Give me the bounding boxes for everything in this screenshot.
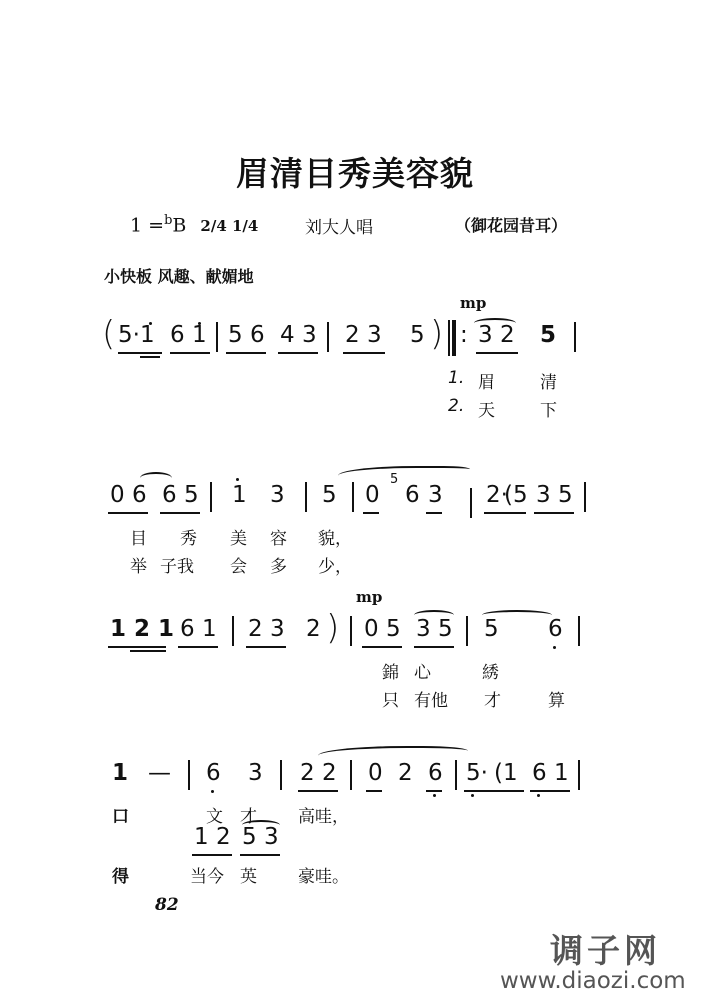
page-number: 82 — [155, 895, 179, 915]
lyric: 多 — [270, 552, 287, 577]
barline — [578, 616, 580, 646]
key-note: B — [172, 214, 186, 236]
barline — [350, 616, 352, 646]
dash: — — [148, 760, 171, 786]
barline — [352, 482, 354, 512]
lyric: 算 — [548, 686, 565, 711]
lyric: 下 — [540, 396, 557, 421]
note: 6 5 — [162, 482, 199, 508]
note: 5· — [466, 760, 488, 786]
tempo-marking: 小快板 风趣、献媚地 — [104, 264, 254, 287]
note: 3 — [270, 482, 285, 508]
barline — [578, 760, 580, 790]
note: 5 — [484, 616, 499, 642]
barline — [280, 760, 282, 790]
lyric: 容 — [270, 524, 287, 549]
lyric: 綉 — [482, 658, 499, 683]
note: 0 6 — [110, 482, 147, 508]
dynamic-mp: mp — [356, 588, 382, 606]
note: 2 — [306, 616, 321, 642]
note: 3 5 — [536, 482, 573, 508]
song-title: 眉清目秀美容貌 — [0, 148, 710, 195]
barline — [305, 482, 307, 512]
low-dot — [433, 794, 436, 797]
lyric: 美 — [230, 524, 247, 549]
lyric: 英 — [240, 862, 257, 887]
note: 6 — [548, 616, 563, 642]
lyric: 目 — [130, 524, 147, 549]
note: 2 2 — [300, 760, 337, 786]
singer-credit: 刘大人唱 — [305, 213, 373, 238]
key-signature: 1 =bB 2/4 1/4 — [130, 213, 258, 236]
note: 1 2 1 — [110, 616, 174, 642]
note: 0 5 — [364, 616, 401, 642]
note: 5 6 — [228, 322, 265, 348]
lyric: 心 — [414, 658, 431, 683]
note: 2 3 — [345, 322, 382, 348]
note: 6 — [206, 760, 221, 786]
high-dot — [149, 322, 152, 325]
note: 2 3 — [248, 616, 285, 642]
note: 3 — [248, 760, 263, 786]
lyric: 有他 — [414, 686, 448, 711]
barline — [455, 760, 457, 790]
lyric: 得 — [112, 862, 129, 887]
barline — [188, 760, 190, 790]
repeat-sign: : — [460, 322, 468, 348]
lyric: 豪哇。 — [298, 862, 349, 887]
note: 1 — [112, 760, 128, 786]
note: 6 1 — [170, 322, 207, 348]
double-barline-thick — [452, 320, 456, 356]
key-label: 1 = — [130, 214, 164, 236]
note: 4 3 — [280, 322, 317, 348]
alt-note: 1 2 — [194, 824, 231, 850]
note: 5 — [410, 322, 425, 348]
source-credit: （御花园昔耳） — [455, 213, 567, 236]
high-dot — [236, 478, 239, 481]
lyric: 才 — [484, 686, 501, 711]
low-dot — [211, 790, 214, 793]
low-dot — [553, 646, 556, 649]
verse-number: 1. — [448, 368, 464, 388]
lyric: 貌， — [318, 524, 352, 549]
barline — [470, 488, 472, 518]
lyric: 天 — [478, 396, 495, 421]
note: 5 — [322, 482, 337, 508]
watermark-url: www.diaozi.com — [500, 968, 686, 994]
open-paren: ( — [102, 314, 115, 354]
note: 5·1 — [118, 322, 155, 348]
lyric: 举 — [130, 552, 147, 577]
grace-note: 5 — [390, 472, 398, 487]
high-dot — [198, 322, 201, 325]
note: 5 — [540, 322, 556, 348]
lyric: 口 — [112, 802, 129, 827]
lyric: 子我 — [160, 552, 194, 577]
lyric: 清 — [540, 368, 557, 393]
lyric: 只 — [382, 686, 399, 711]
note: 1 — [232, 482, 247, 508]
dynamic-mp: mp — [460, 294, 486, 312]
double-barline — [448, 320, 450, 356]
lyric: 当今 — [190, 862, 224, 887]
note: 6 1 — [532, 760, 569, 786]
note: (1 — [494, 760, 518, 786]
barline — [327, 322, 329, 352]
barline — [232, 616, 234, 646]
time-signature: 2/4 1/4 — [200, 217, 258, 235]
barline — [350, 760, 352, 790]
lyric: 高哇， — [298, 802, 349, 827]
barline — [574, 322, 576, 352]
barline — [210, 482, 212, 512]
lyric: 秀 — [180, 524, 197, 549]
low-dot — [537, 794, 540, 797]
note: (5 — [504, 482, 528, 508]
lyric: 会 — [230, 552, 247, 577]
note: 0 — [365, 482, 380, 508]
alt-note: 5 3 — [242, 824, 279, 850]
barline — [216, 322, 218, 352]
lyric: 少， — [318, 552, 352, 577]
barline — [466, 616, 468, 646]
note: 3 5 — [416, 616, 453, 642]
close-paren: ) — [326, 608, 339, 648]
note: 3 — [428, 482, 443, 508]
note: 0 — [368, 760, 383, 786]
verse-number: 2. — [448, 396, 464, 416]
barline — [584, 482, 586, 512]
lyric: 錦 — [382, 658, 399, 683]
close-paren: ) — [430, 314, 443, 354]
note: 2 — [398, 760, 413, 786]
watermark-name: 调子网 — [550, 925, 661, 972]
low-dot — [471, 794, 474, 797]
lyric: 眉 — [478, 368, 495, 393]
note: 6 — [428, 760, 443, 786]
note: 3 2 — [478, 322, 515, 348]
note: 6 1 — [180, 616, 217, 642]
note: 6 — [405, 482, 420, 508]
